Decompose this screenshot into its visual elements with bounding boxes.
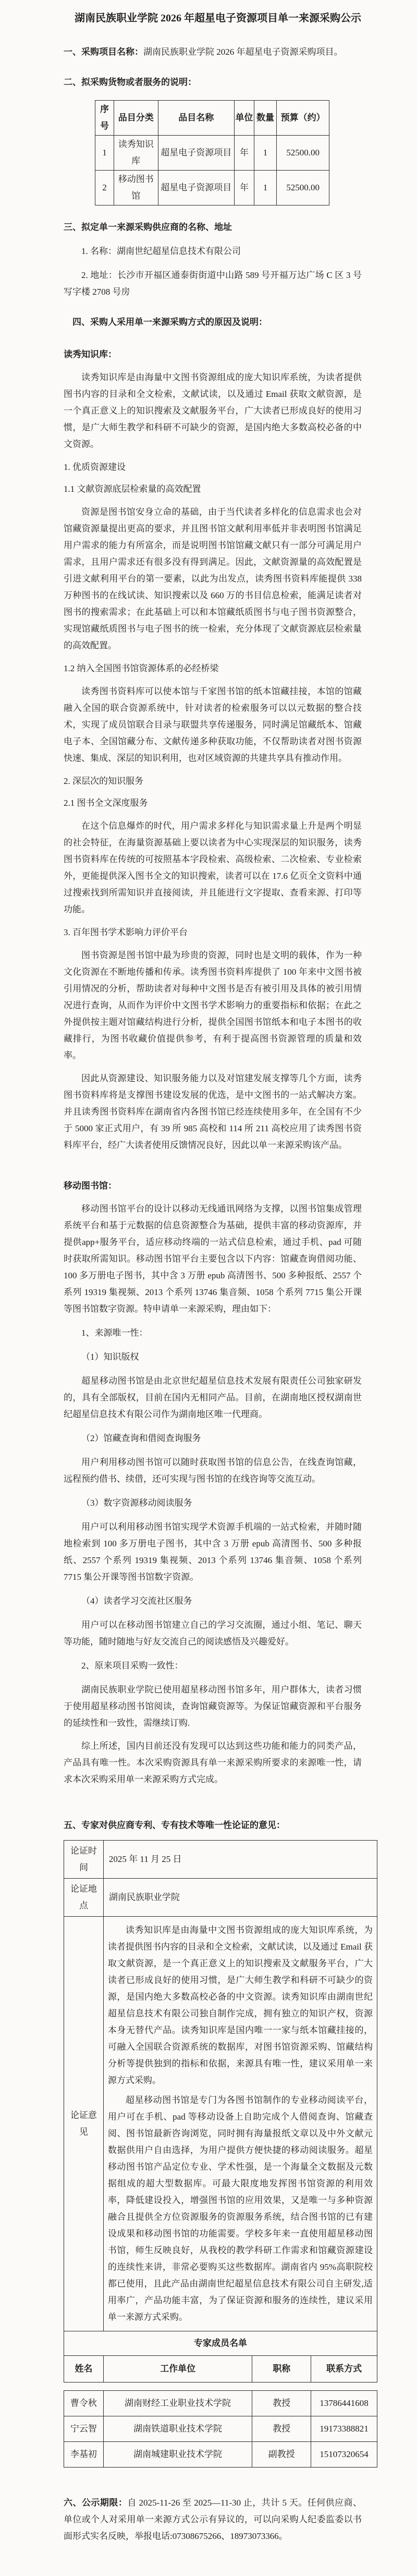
expert-contact: 13786441608 (311, 2391, 377, 2416)
items-col-seq: 序号 (95, 101, 114, 136)
item-name: 超星电子资源项目 (158, 136, 234, 171)
experts-title-row: 专家成员名单 (64, 2331, 377, 2356)
duxiu-h3: 3. 百年图书学术影响力评价平台 (64, 924, 362, 941)
table-row: 宁云智 湖南铁道职业技术学院 教授 19173388821 (64, 2416, 377, 2442)
expert-name: 曹令秋 (64, 2391, 104, 2416)
duxiu-p3: 图书资源是图书馆中最为珍贵的资源，同时也是文明的载体，作为一种文化资源在不断地传… (64, 947, 362, 1064)
review-opinion-paragraph-2: 超星移动图书馆是专门为各图书馆制作的专业移动阅读平台，用户可在手机、pad 等移… (108, 2092, 373, 2326)
items-table: 序号 品目分类 品目名称 单位 数量 预算（约） 1 读秀知识库 超星电子资源项… (95, 100, 329, 205)
experts-title: 专家成员名单 (64, 2331, 377, 2356)
review-opinion-label: 论证意见 (64, 1917, 104, 2331)
expert-name: 李基初 (64, 2442, 104, 2468)
duxiu-p1-2: 读秀图书资料库可以使本馆与千家图书馆的纸本馆藏挂接，本馆的馆藏融入全国的联合资源… (64, 683, 362, 767)
section-1-label: 一、采购项目名称： (64, 47, 143, 57)
mobile-p-reading: 用户可以利用移动图书馆实现学术资源手机端的一站式检索，并随时随地检索到 100 … (64, 1519, 362, 1586)
items-col-qty: 数量 (254, 101, 276, 136)
expert-contact: 19173388821 (311, 2416, 377, 2442)
item-qty: 1 (254, 136, 276, 171)
item-category: 读秀知识库 (114, 136, 158, 171)
review-place-label: 论证地点 (64, 1879, 104, 1917)
section-4-heading: 四、采购人采用单一来源采购方式的原因及说明： (72, 314, 362, 331)
items-col-budget: 预算（约） (277, 101, 329, 136)
mobile-p-community: 用户可以在移动图书馆建立自己的学习交流圈，通过小组、笔记、聊天等功能，随时随地与… (64, 1617, 362, 1650)
item-category: 移动图书馆 (114, 171, 158, 205)
section-1-text: 湖南民族职业学院 2026 年超星电子资源采购项目。 (143, 47, 343, 57)
announcement-document: 湖南民族职业学院 2026 年超星电子资源项目单一来源采购公示 一、采购项目名称… (0, 0, 417, 2576)
item-budget: 52500.00 (277, 136, 329, 171)
mobile-summary: 综上所述，国内目前还没有发现可以达到这些功能和能力的同类产品，产品具有唯一性。本… (64, 1738, 362, 1788)
mobile-h-consistency: 2、原来项目采购一致性： (64, 1658, 362, 1674)
duxiu-h1-2: 1.2 纳入全国图书馆资源体系的必经桥梁 (64, 660, 362, 677)
duxiu-h2: 2. 深层次的知识服务 (64, 773, 362, 790)
section-6: 六、公示期限：自 2025-11-26 至 2025—11-30 止，共计 5 … (64, 2495, 362, 2545)
table-row: 2 移动图书馆 超星电子资源项目 年 1 52500.00 (95, 171, 329, 205)
item-unit: 年 (235, 136, 254, 171)
mobile-h-copyright: （1）知识版权 (64, 1349, 362, 1365)
experts-col-title: 职称 (252, 2356, 311, 2383)
expert-title: 副教授 (252, 2442, 311, 2468)
item-qty: 1 (254, 171, 276, 205)
item-seq: 1 (95, 136, 114, 171)
experts-table: 曹令秋 湖南财经工业职业技术学院 教授 13786441608 宁云智 湖南铁道… (64, 2390, 377, 2468)
table-row: 曹令秋 湖南财经工业职业技术学院 教授 13786441608 (64, 2391, 377, 2416)
items-table-header-row: 序号 品目分类 品目名称 单位 数量 预算（约） (95, 101, 329, 136)
mobile-p-query: 用户利用移动图书馆可以随时获取图书馆的信息公告，在线查询馆藏，远程预约借书、续借… (64, 1454, 362, 1487)
expert-employer: 湖南财经工业职业技术学院 (103, 2391, 252, 2416)
table-row: 1 读秀知识库 超星电子资源项目 年 1 52500.00 (95, 136, 329, 171)
review-place-value: 湖南民族职业学院 (103, 1879, 377, 1917)
duxiu-conclusion: 因此从资源建设、知识服务能力以及对馆建发展支撑等几个方面，读秀图书资料库将是支撑… (64, 1070, 362, 1154)
review-time-label: 论证时间 (64, 1841, 104, 1879)
experts-col-employer: 工作单位 (103, 2356, 252, 2383)
review-time-value: 2025 年 11 月 25 日 (103, 1841, 377, 1879)
expert-title: 教授 (252, 2416, 311, 2442)
review-opinion-paragraph-1: 读秀知识库是由海量中文图书资源组成的庞大知识库系统，为读者提供图书内容的目录和全… (108, 1922, 373, 2089)
expert-name: 宁云智 (64, 2416, 104, 2442)
review-time-row: 论证时间 2025 年 11 月 25 日 (64, 1841, 377, 1879)
review-table: 论证时间 2025 年 11 月 25 日 论证地点 湖南民族职业学院 论证意见… (64, 1840, 377, 2383)
duxiu-intro: 读秀知识库是由海量中文图书资源组成的庞大知识库系统，为读者提供图书内容的目录和全… (64, 369, 362, 453)
expert-title: 教授 (252, 2391, 311, 2416)
duxiu-p2-1: 在这个信息爆炸的时代，用户需求多样化与知识需求量上升是两个明显的社会特征，在海量… (64, 818, 362, 918)
duxiu-heading: 读秀知识库： (64, 346, 362, 363)
mobile-heading: 移动图书馆： (64, 1178, 362, 1194)
items-col-name: 品目名称 (158, 101, 234, 136)
supplier-name-line: 1. 名称：湖南世纪超星信息技术有限公司 (64, 243, 362, 260)
section-6-label: 六、公示期限： (64, 2498, 127, 2508)
mobile-h-unique: 1、来源唯一性： (64, 1325, 362, 1341)
items-col-category: 品目分类 (114, 101, 158, 136)
expert-employer: 湖南铁道职业技术学院 (103, 2416, 252, 2442)
review-place-row: 论证地点 湖南民族职业学院 (64, 1879, 377, 1917)
expert-contact: 15107320654 (311, 2442, 377, 2468)
expert-employer: 湖南城建职业技术学院 (103, 2442, 252, 2468)
experts-col-contact: 联系方式 (311, 2356, 377, 2383)
table-row: 李基初 湖南城建职业技术学院 副教授 15107320654 (64, 2442, 377, 2468)
item-seq: 2 (95, 171, 114, 205)
mobile-h-query: （2）馆藏查询和借阅查询服务 (64, 1430, 362, 1447)
experts-header-row: 姓名 工作单位 职称 联系方式 (64, 2356, 377, 2383)
review-opinion-cell: 读秀知识库是由海量中文图书资源组成的庞大知识库系统，为读者提供图书内容的目录和全… (103, 1917, 377, 2331)
items-col-unit: 单位 (235, 101, 254, 136)
item-name: 超星电子资源项目 (158, 171, 234, 205)
mobile-h-reading: （3）数字资源移动阅读服务 (64, 1495, 362, 1511)
mobile-p-consistency: 湖南民族职业学院已使用超星移动图书馆多年，用户群体大，读者习惯于使用超星移动图书… (64, 1682, 362, 1732)
mobile-p-copyright: 超星移动图书馆是由北京世纪超星信息技术发展有限责任公司独家研发的，具有全部版权，… (64, 1373, 362, 1423)
item-budget: 52500.00 (277, 171, 329, 205)
section-2-heading: 二、拟采购货物或者服务的说明： (64, 74, 362, 91)
mobile-h-community: （4）读者学习交流社区服务 (64, 1593, 362, 1610)
section-3-heading: 三、拟定单一来源采购供应商的名称、地址 (64, 219, 362, 236)
section-5-heading: 五、专家对供应商专利、专有技术等唯一性论证的意见： (64, 1817, 362, 1834)
duxiu-h1-1: 1.1 文献资源底层检索量的高效配置 (64, 481, 362, 498)
duxiu-h2-1: 2.1 图书全文深度服务 (64, 795, 362, 812)
mobile-intro: 移动图书馆平台的设计以移动无线通讯网络为支撑，以图书馆集成管理系统平台和基于元数… (64, 1201, 362, 1317)
section-1: 一、采购项目名称：湖南民族职业学院 2026 年超星电子资源采购项目。 (64, 44, 362, 61)
supplier-address-line: 2. 地址：长沙市开福区通泰街街道中山路 589 号开福万达广场 C 区 3 号… (64, 267, 362, 300)
duxiu-h1: 1. 优质资源建设 (64, 459, 362, 476)
item-unit: 年 (235, 171, 254, 205)
experts-col-name: 姓名 (64, 2356, 104, 2383)
page-title: 湖南民族职业学院 2026 年超星电子资源项目单一来源采购公示 (64, 10, 372, 26)
duxiu-p1-1: 资源是图书馆安身立命的基础，由于当代读者多样化的信息需求也会对馆藏资源量提出更高… (64, 504, 362, 654)
review-opinion-row: 论证意见 读秀知识库是由海量中文图书资源组成的庞大知识库系统，为读者提供图书内容… (64, 1917, 377, 2331)
